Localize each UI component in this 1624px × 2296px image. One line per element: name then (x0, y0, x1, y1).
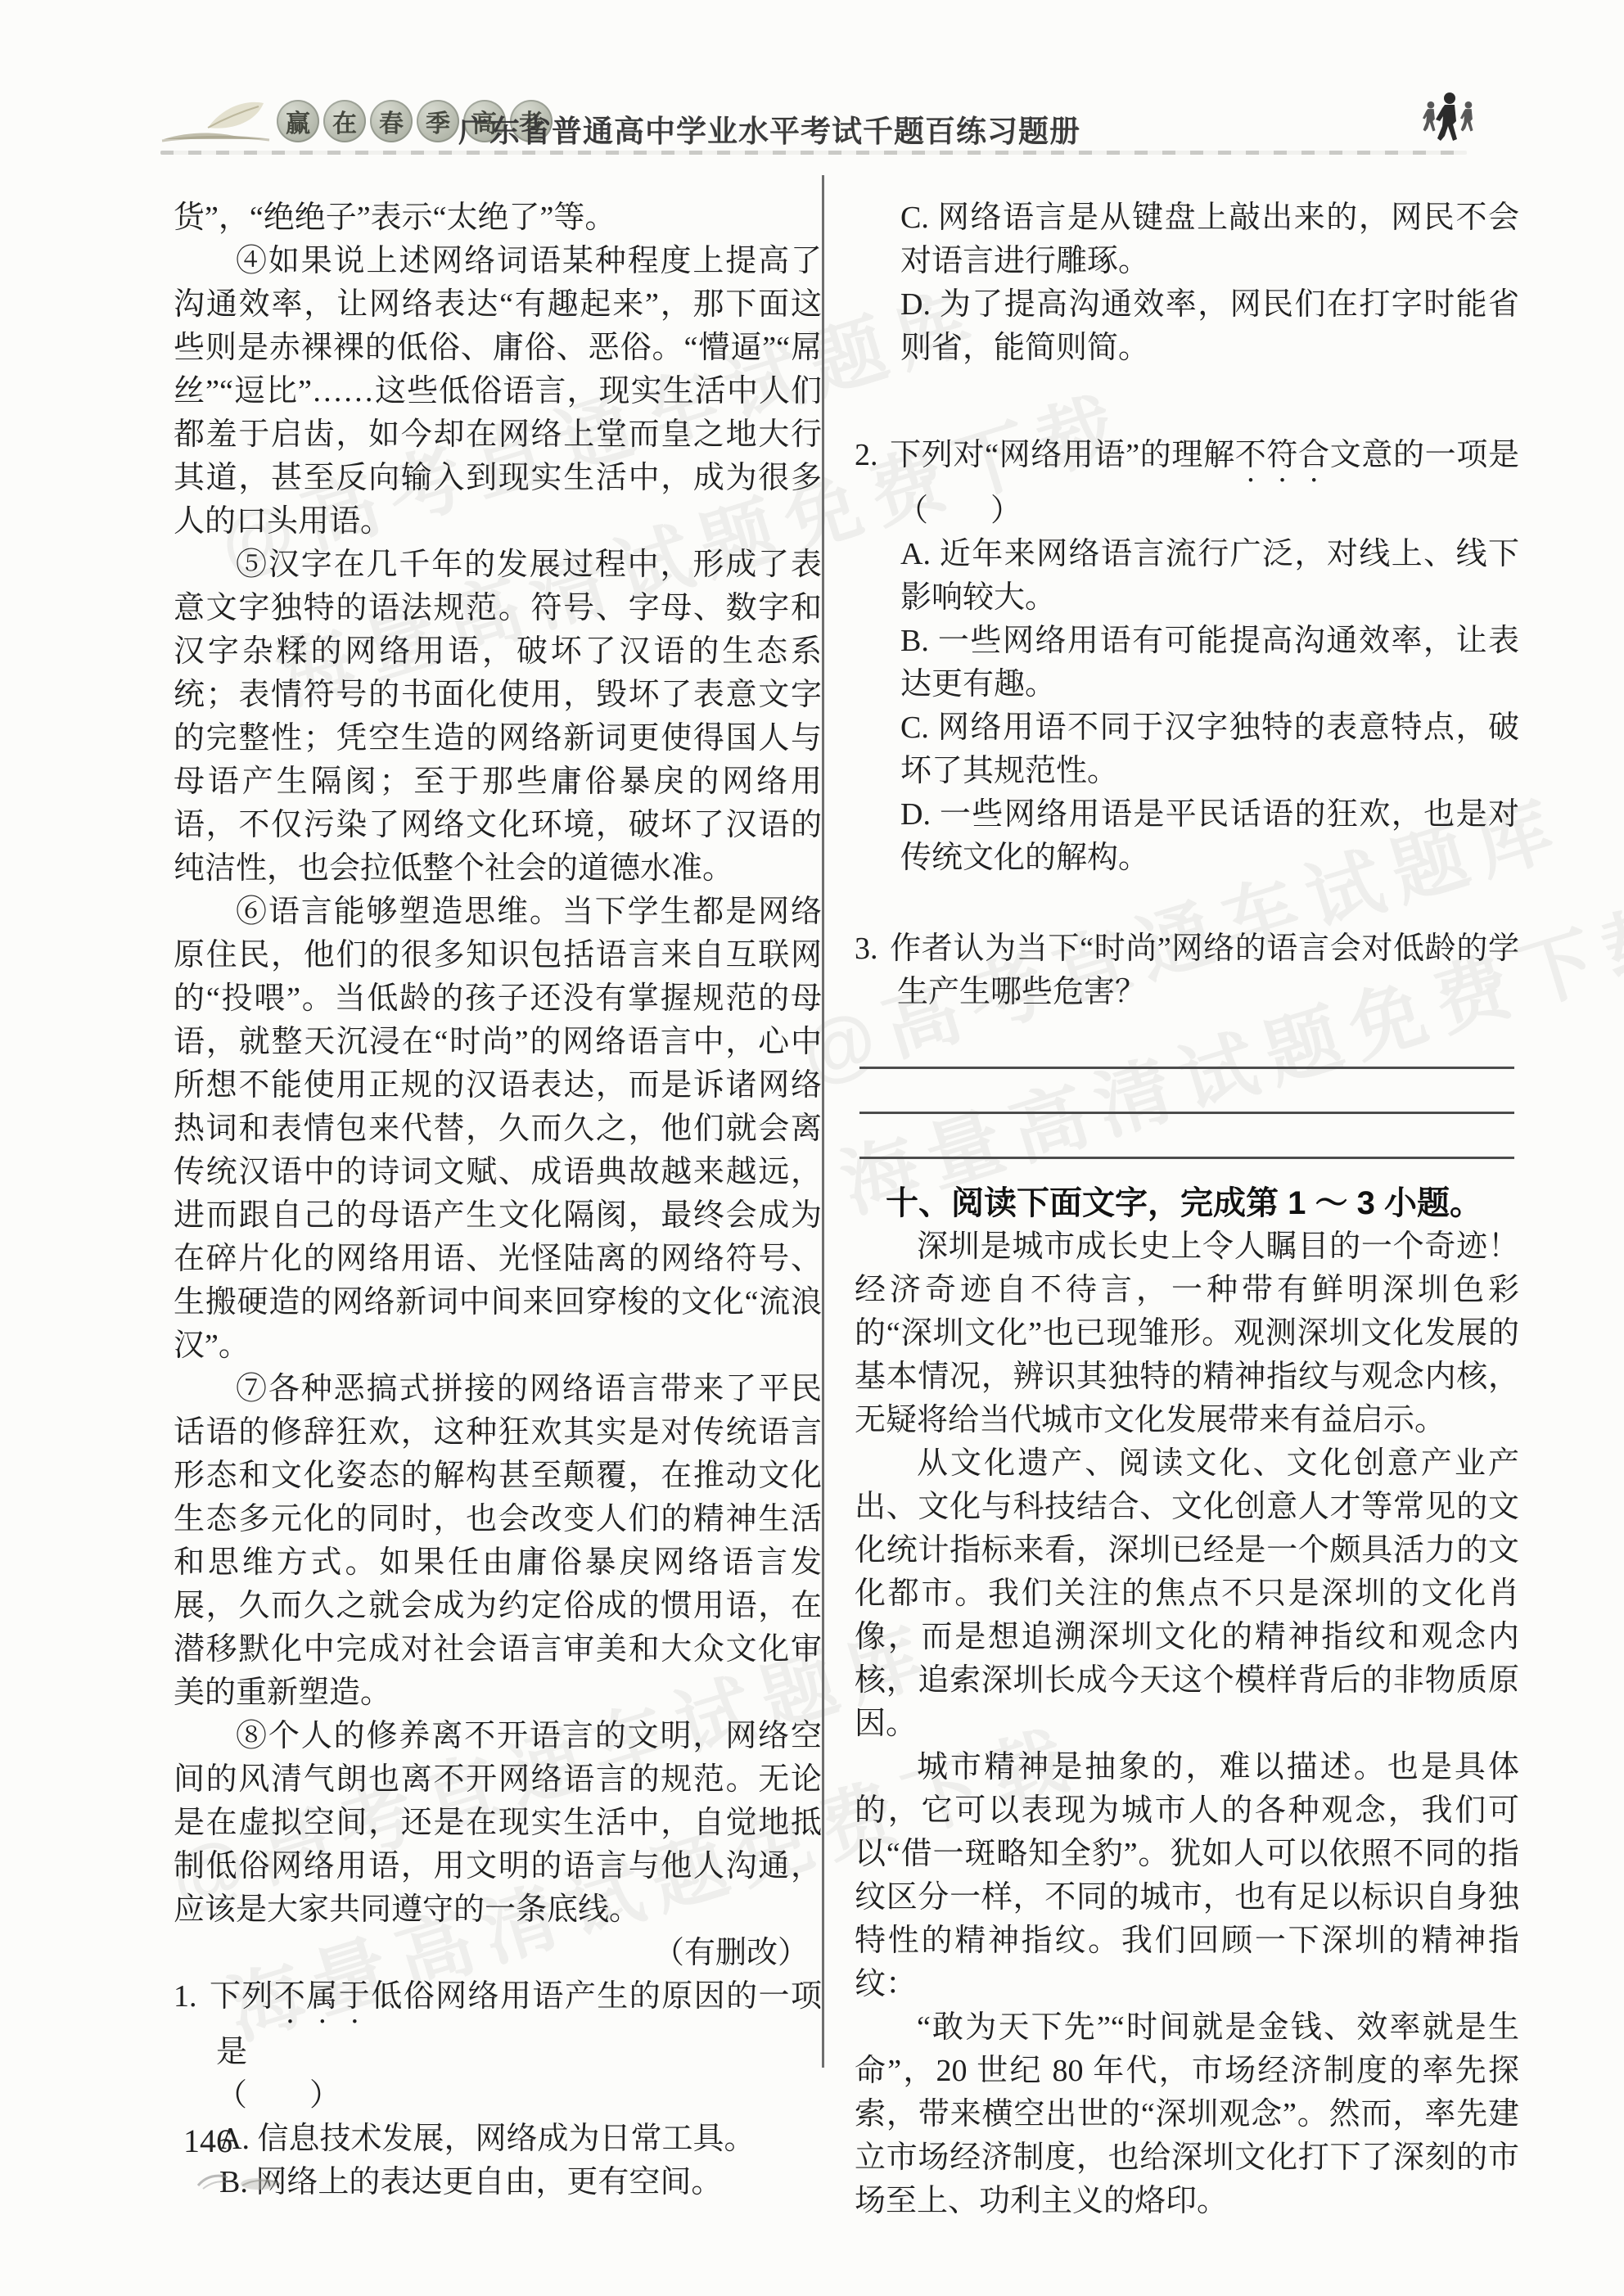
question-number: 1. (174, 1979, 197, 2014)
passage-paragraph: “敢为天下先”“时间就是金钱、效率就是生命”，20 世纪 80 年代，市场经济制… (855, 2006, 1519, 2223)
header-divider (160, 151, 1467, 155)
question-text: 作者认为当下“时尚”网络的语言会对低龄的学生产生哪些危害？ (890, 931, 1520, 1009)
right-column: C. 网络语言是从键盘上敲出来的，网民不会对语言进行雕琢。 D. 为了提高沟通效… (855, 196, 1519, 2223)
section-heading: 十、阅读下面文字，完成第 1 ～ 3 小题。 (886, 1182, 1519, 1225)
question-1: 1.下列不属于低俗网络用语产生的原因的一项是 (174, 1975, 822, 2074)
question-text: 下列对“网络用语”的理解 (890, 438, 1235, 472)
passage-paragraph: 从文化遗产、阅读文化、文化创意产业产出、文化与科技结合、文化创意人才等常见的文化… (855, 1442, 1519, 1746)
brand-badge: 在 (323, 100, 366, 142)
passage-paragraph: 深圳是城市成长史上令人瞩目的一个奇迹！经济奇迹自不待言，一种带有鲜明深圳色彩的“… (855, 1225, 1519, 1442)
passage-paragraph: 货”，“绝绝子”表示“太绝了”等。 (174, 196, 822, 240)
brand-badge: 赢 (277, 100, 319, 142)
leaf-doodle-icon (195, 2167, 293, 2201)
question-text: 下列 (209, 1979, 274, 2014)
answer-line (859, 1024, 1514, 1069)
page-number: 146 (183, 2122, 232, 2160)
textbook-page: @高考直通车试题库 海量高清试题免费下载 @高考直通车试题库 海量高清试题免费下… (0, 0, 1624, 2296)
passage-paragraph: ⑦各种恶搞式拼接的网络语言带来了平民话语的修辞狂欢，这种狂欢其实是对传统语言形态… (174, 1368, 822, 1715)
option-b: B. 一些网络用语有可能提高沟通效率，让表达更有趣。 (855, 620, 1519, 706)
brand-badge: 春 (370, 100, 413, 142)
source-note: （有删改） (174, 1932, 822, 1975)
question-number: 2. (855, 438, 878, 472)
leaf-sketch-icon (160, 95, 271, 151)
passage-paragraph: ⑥语言能够塑造思维。当下学生都是网络原住民，他们的很多知识包括语言来自互联网的“… (174, 891, 822, 1368)
question-number: 3. (855, 931, 878, 966)
passage-paragraph: ⑤汉字在几千年的发展过程中，形成了表意文字独特的语法规范。符号、字母、数字和汉字… (174, 544, 822, 891)
option-d: D. 一些网络用语是平民话语的狂欢，也是对传统文化的解构。 (855, 793, 1519, 880)
runners-icon (1418, 88, 1482, 155)
question-3: 3.作者认为当下“时尚”网络的语言会对低龄的学生产生哪些危害？ (855, 927, 1519, 1014)
question-2: 2.下列对“网络用语”的理解不符合文意的一项是（ ） (855, 434, 1519, 533)
answer-area (855, 1024, 1519, 1159)
answer-line (859, 1114, 1514, 1159)
answer-line (859, 1069, 1514, 1114)
option-a: A. 近年来网络语言流行广泛，对线上、线下影响较大。 (855, 533, 1519, 620)
option-d: D. 为了提高沟通效率，网民们在打字时能省则省，能简则简。 (855, 283, 1519, 370)
option-c: C. 网络语言是从键盘上敲出来的，网民不会对语言进行雕琢。 (855, 196, 1519, 283)
option-a: A. 信息技术发展，网络成为日常工具。 (174, 2118, 822, 2161)
passage-paragraph: ⑧个人的修养离不开语言的文明，网络空间的风清气朗也离不开网络语言的规范。无论是在… (174, 1715, 822, 1932)
passage-paragraph: ④如果说上述网络词语某种程度上提高了沟通效率，让网络表达“有趣起来”，那下面这些… (174, 240, 822, 544)
left-column: 货”，“绝绝子”表示“太绝了”等。 ④如果说上述网络词语某种程度上提高了沟通效率… (174, 196, 822, 2204)
passage-paragraph: 城市精神是抽象的，难以描述。也是具体的，它可以表现为城市人的各种观念，我们可以“… (855, 1746, 1519, 2006)
question-text-emphasized: 不属于 (274, 1979, 371, 2014)
option-c: C. 网络用语不同于汉字独特的表意特点，破坏了其规范性。 (855, 706, 1519, 793)
book-title: 广东省普通高中学业水平考试千题百练习题册 (458, 106, 1080, 151)
brand-badge: 季 (417, 100, 459, 142)
question-text-emphasized: 不符合 (1235, 438, 1330, 472)
column-divider (822, 175, 824, 2068)
answer-bracket: （ ） (174, 2074, 822, 2118)
